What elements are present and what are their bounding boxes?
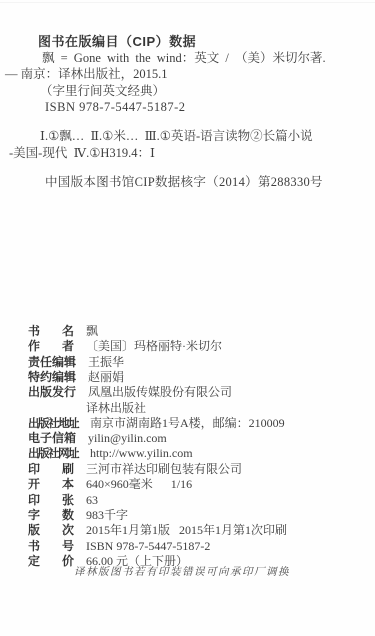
row-value: yilin@yilin.com bbox=[88, 431, 167, 446]
colophon-row-email: 电子信箱 yilin@yilin.com bbox=[28, 429, 358, 444]
row-value: http://www.yilin.com bbox=[90, 446, 193, 461]
colophon-row-sheets: 印张 63 bbox=[28, 491, 358, 506]
cip-entry-title-line: 飘 = Gone with the wind：英文 / （美）米切尔著. bbox=[5, 50, 365, 66]
cip-entry-publisher-line: — 南京：译林出版社，2015.1 bbox=[5, 66, 365, 82]
cip-entry-paragraph: 飘 = Gone with the wind：英文 / （美）米切尔著. — 南… bbox=[5, 50, 365, 116]
cip-entry-series-line: （字里行间英文经典） bbox=[5, 83, 365, 99]
row-label: 出版发行 bbox=[28, 383, 76, 400]
colophon-row-format: 开本 640×960毫米 1/16 bbox=[28, 475, 358, 490]
cip-class-line-2: -美国-现代 Ⅳ.①H319.4：Ⅰ bbox=[9, 145, 364, 162]
colophon-row-printer: 印刷 三河市祥达印刷包装有限公司 bbox=[28, 460, 358, 475]
colophon-row-responsible-editor: 责任编辑 王振华 bbox=[28, 353, 358, 368]
colophon-row-word-count: 字数 983千字 bbox=[28, 506, 358, 521]
row-label: 定价 bbox=[28, 552, 74, 569]
colophon-row-isbn: 书号 ISBN 978-7-5447-5187-2 bbox=[28, 537, 358, 552]
cip-record-number: 中国版本图书馆CIP数据核字（2014）第288330号 bbox=[45, 172, 323, 190]
row-value: 640×960毫米 1/16 bbox=[86, 475, 192, 492]
row-value: 南京市湖南路1号A楼，邮编：210009 bbox=[90, 414, 285, 431]
colophon-row-publisher-address: 出版社地址 南京市湖南路1号A楼，邮编：210009 bbox=[28, 414, 358, 429]
cip-header: 图书在版编目（CIP）数据 bbox=[38, 31, 196, 50]
cip-classification: Ⅰ.①飘… Ⅱ.①米… Ⅲ.①英语-语言读物②长篇小说 -美国-现代 Ⅳ.①H3… bbox=[9, 128, 364, 162]
row-value: 2015年1月第1版 2015年1月第1次印刷 bbox=[86, 521, 287, 538]
colophon-row-publisher: 出版发行 凤凰出版传媒股份有限公司 bbox=[28, 383, 358, 398]
colophon-row-website: 出版社网址 http://www.yilin.com bbox=[28, 445, 358, 460]
scan-artifact-line bbox=[0, 2, 375, 3]
colophon-row-publisher-2: 译林出版社 bbox=[28, 399, 358, 414]
colophon-row-author: 作者 〔美国〕玛格丽特·米切尔 bbox=[28, 337, 358, 352]
misprint-exchange-note: 译林版图书若有印装错误可向承印厂调换 bbox=[74, 564, 290, 579]
cip-class-line-1: Ⅰ.①飘… Ⅱ.①米… Ⅲ.①英语-语言读物②长篇小说 bbox=[9, 128, 364, 145]
colophon-row-contract-editor: 特约编辑 赵丽娟 bbox=[28, 368, 358, 383]
cip-entry-isbn-line: ISBN 978-7-5447-5187-2 bbox=[5, 99, 365, 115]
colophon: 书名 飘 作者 〔美国〕玛格丽特·米切尔 责任编辑 王振华 特约编辑 赵丽娟 出… bbox=[28, 322, 358, 568]
colophon-row-book-title: 书名 飘 bbox=[28, 322, 358, 337]
colophon-row-edition: 版次 2015年1月第1版 2015年1月第1次印刷 bbox=[28, 521, 358, 536]
row-label: 出版社网址 bbox=[28, 445, 78, 461]
copyright-page: 图书在版编目（CIP）数据 飘 = Gone with the wind：英文 … bbox=[0, 0, 375, 636]
